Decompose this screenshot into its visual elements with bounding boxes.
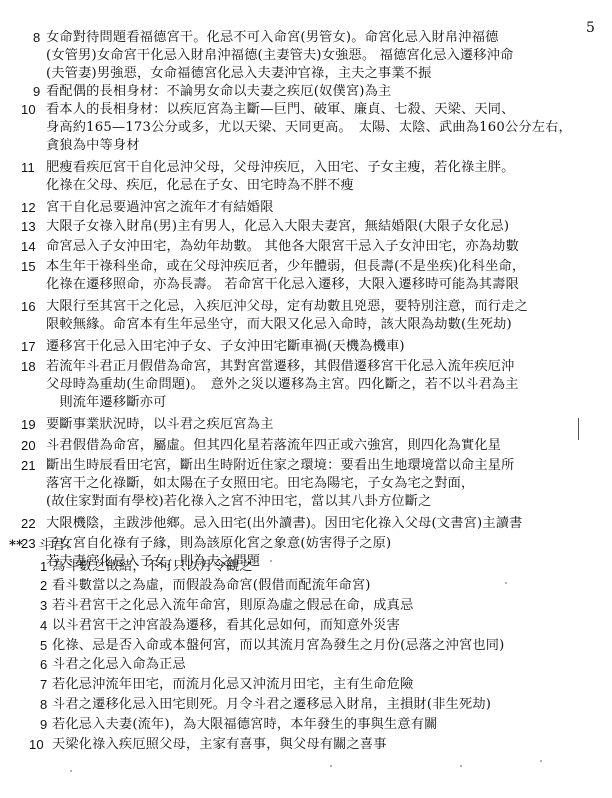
scan-speck xyxy=(270,560,272,562)
scan-speck xyxy=(540,760,542,762)
item-number: 15 xyxy=(21,258,36,275)
section-item-text: 化祿、忌是否入命或本盤何宮，而以其流月宮為發生之月份(忌落之沖宮也同) xyxy=(52,637,504,654)
item-text-continued: 父母時為重劫(生命問題)。 意外之災以遷移為主宮。四化斷之，若不以斗君為主 xyxy=(46,376,519,393)
section-item-number: 6 xyxy=(40,656,47,673)
section-item-text: 若化忌沖流年田宅，而流月化忌又沖流月田宅，主有生命危險 xyxy=(52,676,413,693)
scan-speck xyxy=(250,536,252,538)
section-item-text: 看斗數當以之為虛，而假設為命宮(假借而配流年命宮) xyxy=(52,577,371,594)
section-item-number: 10 xyxy=(29,736,44,753)
item-text: 本生年干祿科坐命，或在父母沖疾厄者，少年體弱，但長壽(不是坐疾)化科坐命， xyxy=(46,258,525,275)
scan-speck xyxy=(70,770,72,772)
item-text: 斷出生時辰看田宅宮，斷出生時附近住家之環境：要看出生地環境當以命主星所 xyxy=(46,457,515,474)
item-number: 19 xyxy=(21,416,36,433)
item-number: 14 xyxy=(21,238,36,255)
item-text: 斗君假借為命宮，屬虛。但其四化星若落流年四正或六強宮，則四化為實化星 xyxy=(46,437,501,454)
item-number: 10 xyxy=(21,101,36,118)
item-number: 21 xyxy=(21,457,36,474)
item-number: 13 xyxy=(21,218,36,235)
item-text: 若流年斗君正月假借為命宮，其對宮當遷移，其假借遷移宮干化忌入流年疾厄沖 xyxy=(46,358,515,375)
section-item-number: 5 xyxy=(40,637,47,654)
scan-speck xyxy=(505,582,507,584)
item-number: 9 xyxy=(33,83,40,100)
section-marker: ** xyxy=(9,537,23,554)
item-text: 大限行至其宮干之化忌，入疾厄沖父母，定有劫數且兇惡，要特別注意，而行走之 xyxy=(46,298,528,315)
section-item-text: 以斗君宮干之沖宮設為遷移，看其化忌如何，而知意外災害 xyxy=(52,617,400,634)
item-text-continued: 限較無緣。命宮本有生年忌坐守，而大限又化忌入命時，該大限為劫數(生死劫) xyxy=(46,316,512,333)
item-text: 子女宮自化祿有子緣，則為該原化宮之象意(妨害得子之原) xyxy=(46,535,391,552)
section-item-number: 9 xyxy=(40,716,47,733)
item-text: 看本人的長相身材：以疾厄宮為主斷—巨門、破軍、廉貞、七殺、天梁、天同、 xyxy=(46,101,515,118)
item-text: 看配偶的長相身材：不論男女命以夫妻之疾厄(奴僕宮)為主 xyxy=(46,83,391,100)
section-item-text: 斗君之化忌入命為正忌 xyxy=(52,656,186,673)
section-item-text: 若斗君宮干之化忌入流年命宮，則原為虛之假忌在命，成真忌 xyxy=(52,597,413,614)
section-item-number: 8 xyxy=(40,696,47,713)
item-text-continued: 化祿在父母、疾厄，化忌在子女、田宅時為不胖不瘦 xyxy=(46,177,354,194)
item-text: 命宮忌入子女沖田宅，為幼年劫數。 其他各大限宮干忌入子女沖田宅，亦為劫數 xyxy=(46,238,519,255)
section-item-text: 天梁化祿入疾厄照父母，主家有喜事，與父母有關之喜事 xyxy=(52,736,387,753)
item-text-continued: 落宮干之化祿斷，如太陽在子女照田宅。田宅為陽宅，子女為宅之對面， xyxy=(46,475,474,492)
item-text: 大限機陰，主跋涉他鄉。忌入田宅(出外讀書)。因田宅化祿入父母(文書宮)主讀書 xyxy=(46,515,523,532)
item-number: 18 xyxy=(21,358,36,375)
section-item-text: 若化忌入夫妻(流年)，為大限福德宮時，本年發生的事與生意有關 xyxy=(52,716,438,733)
item-text: 肥瘦看疾厄宮干自化忌沖父母，父母沖疾厄，入田宅、子女主瘦，若化祿主胖。 xyxy=(46,159,515,176)
item-text: 大限子女祿入財帛(男)主有男人，化忌入大限夫妻宮，無結婚限(大限子女化忌) xyxy=(46,218,509,235)
item-number: 12 xyxy=(21,199,36,216)
item-text: 宮干自化忌要過沖宮之流年才有結婚限 xyxy=(46,199,274,216)
item-number: 16 xyxy=(21,298,36,315)
scan-speck xyxy=(330,765,332,767)
item-text-continued: (夫管妻)男強惡，女命福德宮化忌入夫妻沖官祿，主夫之事業不振 xyxy=(46,65,432,82)
section-item-number: 3 xyxy=(40,597,47,614)
item-text-continued: 貪狼為中等身材 xyxy=(46,137,140,154)
item-text: 遷移宮干化忌入田宅沖子女、子女沖田宅斷車禍(天機為機車) xyxy=(46,338,405,355)
item-number: 22 xyxy=(21,515,36,532)
section-item-number: 2 xyxy=(40,577,47,594)
item-text: 要斷事業狀況時，以斗君之疾厄宮為主 xyxy=(46,416,274,433)
page-number: 5 xyxy=(586,20,595,36)
item-text-continued: (女管男)女命宮干化忌入財帛沖福德(主妻管夫)女強惡。 福德宮化忌入遷移沖命 xyxy=(46,47,514,64)
item-number: 17 xyxy=(21,338,36,355)
item-text: 女命對待問題看福德宮干。化忌不可入命宮(男管女)。命宮化忌入財帛沖福德 xyxy=(46,29,498,46)
item-text-continued: 則流年遷移斷亦可 xyxy=(46,394,167,411)
section-item-number: 7 xyxy=(40,676,47,693)
section-item-number: 4 xyxy=(40,617,47,634)
section-item-text: 斗君之遷移化忌入田宅則死。月令斗君之遷移忌入財帛，主損財(非生死劫) xyxy=(52,696,491,713)
section-item-number: 1 xyxy=(40,558,47,575)
item-text-continued: 身高約165—173公分或多，尤以天梁、天同更高。 太陽、太陰、武曲為160公分… xyxy=(46,119,572,136)
item-number: 20 xyxy=(21,437,36,454)
item-text-continued: (故住家對面有學校)若化祿入之宮不沖田宅，當以其八卦方位斷之 xyxy=(46,493,432,510)
scan-speck xyxy=(460,765,462,767)
item-number: 11 xyxy=(21,159,35,176)
margin-mark xyxy=(578,418,579,440)
item-number: 23 xyxy=(21,535,36,552)
item-number: 8 xyxy=(33,29,40,46)
section-title: 斗君： xyxy=(38,537,78,554)
section-item-text: 為斗數之徵結，不可只以月令觀之 xyxy=(52,558,253,575)
item-text-continued: 化祿在遷移照命，亦為長壽。 若命宮干化忌入遷移，大限入遷移時可能為其壽限 xyxy=(46,276,519,293)
